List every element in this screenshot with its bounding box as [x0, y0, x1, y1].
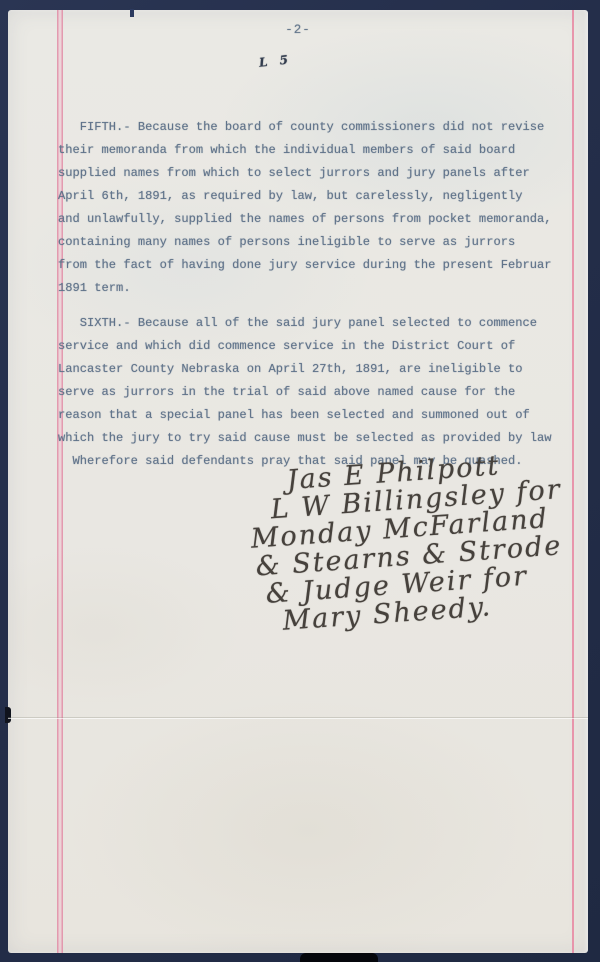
- typed-line: 1891 term.: [58, 277, 570, 300]
- document-paper: -2- L 5 FIFTH.- Because the board of cou…: [8, 10, 588, 953]
- paragraph-fifth: FIFTH.- Because the board of county comm…: [58, 116, 570, 300]
- typed-line: which the jury to try said cause must be…: [58, 427, 570, 450]
- typed-line: Lancaster County Nebraska on April 27th,…: [58, 358, 570, 381]
- typed-line: FIFTH.- Because the board of county comm…: [58, 116, 570, 139]
- scan-notch: [130, 9, 134, 17]
- typed-line: SIXTH.- Because all of the said jury pan…: [58, 312, 570, 335]
- scan-background-artifact: [300, 953, 378, 962]
- typed-line: serve as jurrors in the trial of said ab…: [58, 381, 570, 404]
- typed-line: from the fact of having done jury servic…: [58, 254, 570, 277]
- typed-line: service and which did commence service i…: [58, 335, 570, 358]
- scan-clip-mark: [5, 707, 11, 723]
- scanned-document-page: { "page": { "number": "-2-", "pencil_not…: [0, 0, 600, 962]
- typed-line: reason that a special panel has been sel…: [58, 404, 570, 427]
- typed-line: supplied names from which to select jurr…: [58, 162, 570, 185]
- pencil-note: L 5: [258, 52, 292, 69]
- handwritten-signatures: Jas E Philpott L W Billingsley for Monda…: [246, 447, 587, 638]
- page-number: -2-: [8, 23, 588, 37]
- typed-line: April 6th, 1891, as required by law, but…: [58, 185, 570, 208]
- typed-line: containing many names of persons ineligi…: [58, 231, 570, 254]
- paragraph-sixth: SIXTH.- Because all of the said jury pan…: [58, 312, 570, 473]
- typed-line: and unlawfully, supplied the names of pe…: [58, 208, 570, 231]
- fold-crease: [8, 717, 588, 720]
- typed-line: their memoranda from which the individua…: [58, 139, 570, 162]
- typed-body-text: FIFTH.- Because the board of county comm…: [58, 116, 570, 473]
